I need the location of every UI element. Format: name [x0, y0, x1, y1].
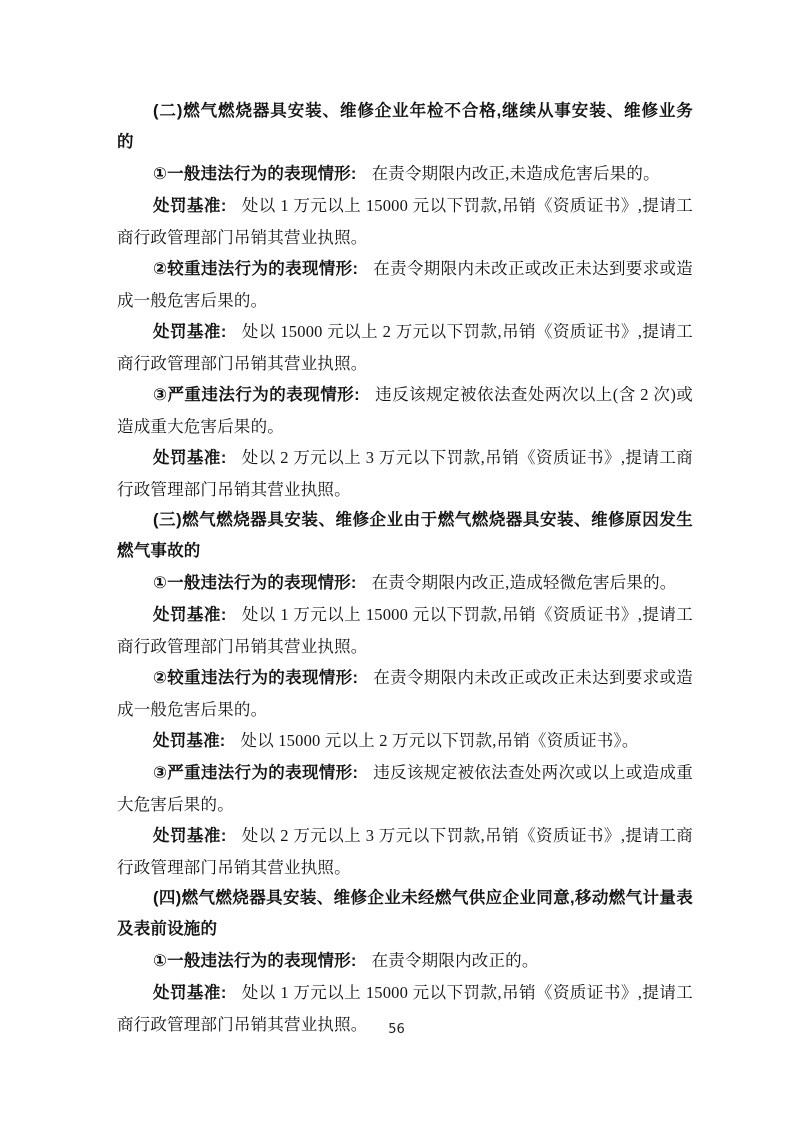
page-number: 56 [0, 1022, 793, 1037]
paragraph-label: (四)燃气燃烧器具安装、维修企业未经燃气供应企业同意,移动燃气计量表及表前设施的 [117, 889, 693, 938]
paragraph-item: 处罚基准:处以 1 万元以上 15000 元以下罚款,吊销《资质证书》,提请工商… [117, 599, 693, 662]
paragraph-label: ③严重违法行为的表现情形: [153, 764, 358, 782]
paragraph-label: 处罚基准: [153, 197, 227, 215]
paragraph-item: ①一般违法行为的表现情形:在责令期限内改正,未造成危害后果的。 [117, 158, 693, 190]
paragraph-item: 处罚基准:处以 15000 元以上 2 万元以下罚款,吊销《资质证书》,提请工商… [117, 316, 693, 379]
paragraph-heading: (四)燃气燃烧器具安装、维修企业未经燃气供应企业同意,移动燃气计量表及表前设施的 [117, 883, 693, 945]
paragraph-text: 在责令期限内改正的。 [372, 951, 539, 970]
paragraph-heading: (三)燃气燃烧器具安装、维修企业由于燃气燃烧器具安装、维修原因发生燃气事故的 [117, 505, 693, 567]
paragraph-label: 处罚基准: [153, 606, 227, 624]
paragraph-text: 处以 15000 元以上 2 万元以下罚款,吊销《资质证书》。 [241, 731, 639, 750]
paragraph-item: 处罚基准:处以 15000 元以上 2 万元以下罚款,吊销《资质证书》。 [117, 725, 693, 757]
paragraph-heading: (二)燃气燃烧器具安装、维修企业年检不合格,继续从事安装、维修业务的 [117, 96, 693, 158]
document-body: (二)燃气燃烧器具安装、维修企业年检不合格,继续从事安装、维修业务的①一般违法行… [117, 96, 693, 1040]
paragraph-item: ①一般违法行为的表现情形:在责令期限内改正,造成轻微危害后果的。 [117, 567, 693, 599]
paragraph-item: ①一般违法行为的表现情形:在责令期限内改正的。 [117, 945, 693, 977]
paragraph-label: ③严重违法行为的表现情形: [153, 386, 360, 404]
paragraph-text: 在责令期限内改正,未造成危害后果的。 [372, 164, 660, 183]
paragraph-label: ①一般违法行为的表现情形: [153, 574, 357, 592]
paragraph-item: 处罚基准:处以 2 万元以上 3 万元以下罚款,吊销《资质证书》,提请工商行政管… [117, 820, 693, 883]
paragraph-item: 处罚基准:处以 1 万元以上 15000 元以下罚款,吊销《资质证书》,提请工商… [117, 190, 693, 253]
paragraph-label: (三)燃气燃烧器具安装、维修企业由于燃气燃烧器具安装、维修原因发生燃气事故的 [117, 511, 693, 560]
paragraph-label: 处罚基准: [153, 732, 226, 750]
paragraph-item: 处罚基准:处以 2 万元以上 3 万元以下罚款,吊销《资质证书》,提请工商行政管… [117, 442, 693, 505]
paragraph-item: ②较重违法行为的表现情形:在责令期限内未改正或改正未达到要求或造成一般危害后果的… [117, 662, 693, 725]
paragraph-text: 在责令期限内改正,造成轻微危害后果的。 [372, 573, 677, 592]
paragraph-label: ②较重违法行为的表现情形: [153, 669, 358, 687]
paragraph-label: ①一般违法行为的表现情形: [153, 952, 357, 970]
paragraph-item: ③严重违法行为的表现情形:违反该规定被依法查处两次以上(含 2 次)或造成重大危… [117, 379, 693, 442]
paragraph-label: 处罚基准: [153, 449, 227, 467]
paragraph-item: ②较重违法行为的表现情形:在责令期限内未改正或改正未达到要求或造成一般危害后果的… [117, 253, 693, 316]
paragraph-label: 处罚基准: [153, 323, 227, 341]
paragraph-item: ③严重违法行为的表现情形:违反该规定被依法查处两次或以上或造成重大危害后果的。 [117, 757, 693, 820]
paragraph-label: 处罚基准: [153, 984, 227, 1002]
paragraph-label: 处罚基准: [153, 827, 227, 845]
paragraph-label: (二)燃气燃烧器具安装、维修企业年检不合格,继续从事安装、维修业务的 [117, 102, 693, 151]
paragraph-label: ①一般违法行为的表现情形: [153, 165, 357, 183]
paragraph-label: ②较重违法行为的表现情形: [153, 260, 358, 278]
document-page: (二)燃气燃烧器具安装、维修企业年检不合格,继续从事安装、维修业务的①一般违法行… [0, 0, 793, 1122]
